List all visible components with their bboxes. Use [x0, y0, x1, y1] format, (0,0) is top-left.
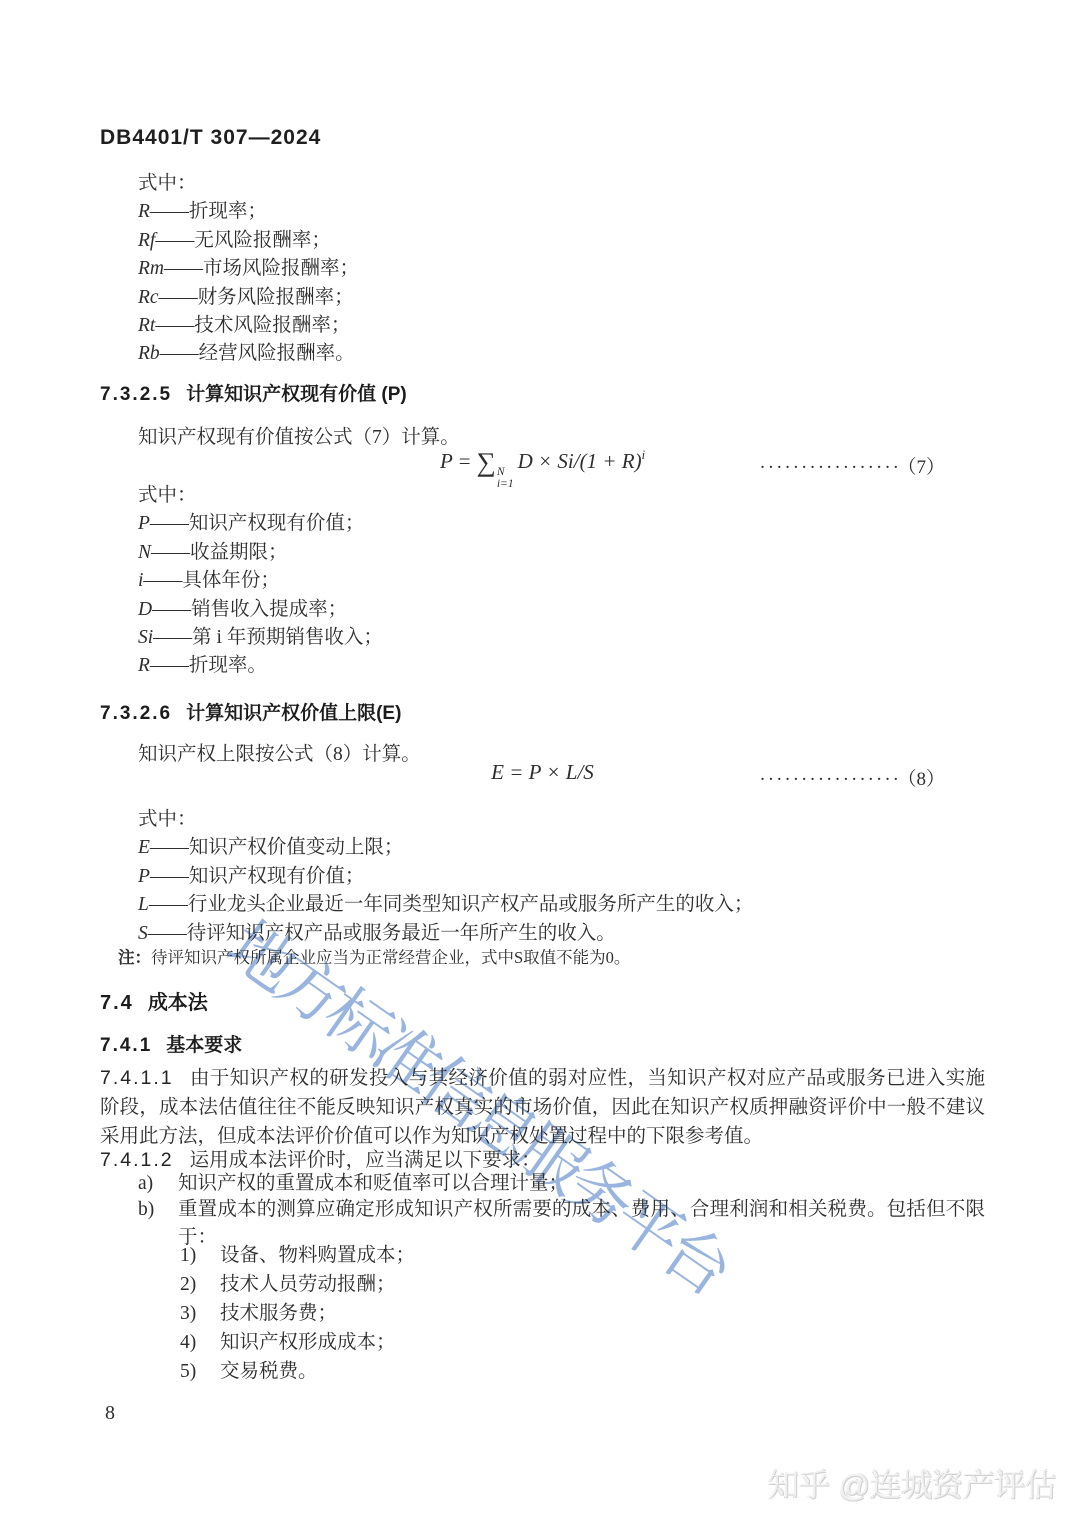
heading-title: 基本要求	[166, 1035, 242, 1056]
formula-8-label: （8）	[907, 769, 945, 790]
definition-row: Rm——市场风险报酬率；	[100, 255, 985, 283]
sublist-item-2: 2) 技术人员劳动报酬；	[180, 1271, 980, 1300]
sublist-item-1: 1) 设备、物料购置成本；	[180, 1242, 980, 1271]
definition-row: Si——第 i 年预期销售收入；	[100, 624, 985, 652]
dotted-leader: ·················	[759, 457, 901, 478]
definition-row: P——知识产权现有价值；	[100, 510, 985, 538]
symbol: N	[138, 542, 151, 563]
symbol: Rf	[138, 230, 155, 251]
list-item-text: 设备、物料购置成本；	[180, 1242, 980, 1271]
symbol: R	[138, 655, 150, 676]
definition-text: ——具体年份；	[143, 570, 280, 591]
heading-title: 计算知识产权现有价值 (P)	[186, 384, 407, 405]
definition-row: Rf——无风险报酬率；	[100, 227, 985, 255]
list-marker: 1)	[180, 1242, 196, 1271]
definition-text: ——折现率。	[150, 655, 267, 676]
heading-title: 计算知识产权价值上限(E)	[186, 703, 401, 724]
symbol: Rt	[138, 315, 155, 336]
defs-lead: 式中：	[100, 170, 985, 198]
note-label: 注：	[118, 949, 151, 967]
note-line: 注：待评知识产权所属企业应当为正常经营企业，式中S取值不能为0。	[100, 944, 1003, 968]
formula-7-label: （7）	[907, 457, 945, 478]
definition-row: i——具体年份；	[100, 567, 985, 595]
definition-text: ——第 i 年预期销售收入；	[153, 627, 383, 648]
definition-list-formula7: 式中： P——知识产权现有价值； N——收益期限； i——具体年份； D——销售…	[100, 482, 985, 681]
definition-row: L——行业龙头企业最近一年同类型知识产权产品或服务所产生的收入；	[100, 891, 985, 919]
definition-text: ——行业龙头企业最近一年同类型知识产权产品或服务所产生的收入；	[149, 894, 754, 915]
formula-7-leader: ·················（7）	[759, 452, 945, 479]
definition-text: ——市场风险报酬率；	[164, 258, 359, 279]
list-item-a: a) 知识产权的重置成本和贬值率可以合理计量；	[138, 1170, 985, 1198]
list-item-text: 技术服务费；	[180, 1300, 980, 1329]
standard-number: DB4401/T 307—2024	[100, 126, 985, 150]
heading-7-3-2-5: 7.3.2.5计算知识产权现有价值 (P)	[100, 379, 985, 406]
definition-row: E——知识产权价值变动上限；	[100, 834, 985, 862]
symbol: S	[138, 923, 148, 944]
sublist-item-3: 3) 技术服务费；	[180, 1300, 980, 1329]
definition-row: Rb——经营风险报酬率。	[100, 340, 985, 368]
heading-title: 成本法	[148, 992, 208, 1014]
formula-8: E = P × L/S	[491, 760, 594, 785]
paragraph-7-4-1-1: 7.4.1.1由于知识产权的研发投入与其经济价值的弱对应性，当知识产权对应产品或…	[100, 1064, 985, 1151]
limit-top: N	[497, 466, 505, 478]
symbol: Rm	[138, 258, 164, 279]
equals-sign: =	[459, 449, 471, 473]
symbol: L	[138, 894, 149, 915]
document-page: 地方标准信息服务平台 DB4401/T 307—2024 式中： R——折现率；…	[0, 0, 1080, 1527]
heading-7-3-2-6: 7.3.2.6计算知识产权价值上限(E)	[100, 698, 985, 725]
heading-number: 7.3.2.6	[100, 703, 172, 724]
clause-text: 由于知识产权的研发投入与其经济价值的弱对应性，当知识产权对应产品或服务已进入实施…	[100, 1068, 985, 1147]
definition-text: ——技术风险报酬率；	[155, 315, 350, 336]
definition-row: Rt——技术风险报酬率；	[100, 312, 985, 340]
definition-row: D——销售收入提成率；	[100, 596, 985, 624]
symbol: Si	[138, 627, 153, 648]
heading-7-4: 7.4成本法	[100, 986, 985, 1015]
dotted-leader: ·················	[759, 769, 901, 790]
definition-text: ——知识产权现有价值；	[150, 513, 365, 534]
symbol: P	[138, 866, 150, 887]
formula-8-expression: E = P × L/S	[491, 760, 594, 784]
definition-row: N——收益期限；	[100, 539, 985, 567]
page-content: DB4401/T 307—2024 式中： R——折现率； Rf——无风险报酬率…	[100, 0, 985, 1527]
definition-text: ——折现率；	[150, 201, 267, 222]
definition-row: R——折现率；	[100, 198, 985, 226]
definition-row: Rc——财务风险报酬率；	[100, 284, 985, 312]
sublist-item-4: 4) 知识产权形成成本；	[180, 1329, 980, 1358]
definition-text: ——无风险报酬率；	[155, 230, 331, 251]
definition-text: ——财务风险报酬率；	[159, 287, 354, 308]
formula-7-lhs: P	[440, 449, 453, 473]
page-number: 8	[105, 1402, 990, 1425]
definition-text: ——销售收入提成率；	[152, 599, 347, 620]
list-item-text: 知识产权形成成本；	[180, 1329, 980, 1358]
list-marker: 3)	[180, 1300, 196, 1329]
formula-8-row: E = P × L/S ·················（8）	[100, 760, 985, 794]
formula-7-exponent: i	[642, 448, 645, 462]
heading-number: 7.4.1	[100, 1035, 152, 1056]
definition-text: ——知识产权价值变动上限；	[150, 837, 404, 858]
summation-icon: ∑	[477, 447, 496, 477]
note-text: 待评知识产权所属企业应当为正常经营企业，式中S取值不能为0。	[151, 948, 630, 967]
symbol: E	[138, 837, 150, 858]
symbol: Rb	[138, 343, 160, 364]
definition-row: P——知识产权现有价值；	[100, 863, 985, 891]
list-item-text: 交易税费。	[180, 1358, 980, 1387]
list-marker: b)	[138, 1196, 154, 1224]
heading-7-4-1: 7.4.1基本要求	[100, 1030, 985, 1057]
definition-list-discount-rates: 式中： R——折现率； Rf——无风险报酬率； Rm——市场风险报酬率； Rc—…	[100, 170, 985, 369]
defs-lead: 式中：	[100, 806, 985, 834]
clause-text: 运用成本法评价时，应当满足以下要求：	[190, 1150, 541, 1171]
list-marker: 4)	[180, 1329, 196, 1358]
list-marker: a)	[138, 1170, 153, 1198]
heading-number: 7.4	[100, 992, 134, 1014]
definition-text: ——经营风险报酬率。	[160, 343, 355, 364]
list-item-text: 知识产权的重置成本和贬值率可以合理计量；	[138, 1170, 985, 1198]
sublist-item-5: 5) 交易税费。	[180, 1358, 980, 1387]
definition-row: R——折现率。	[100, 652, 985, 680]
definition-list-formula8: 式中： E——知识产权价值变动上限； P——知识产权现有价值； L——行业龙头企…	[100, 806, 985, 948]
credit-watermark: 知乎 @连城资产评估	[768, 1460, 1056, 1505]
clause-number: 7.4.1.2	[100, 1149, 174, 1171]
formula-7-row: P=∑Ni=1D × Si/(1 + R)i ·················…	[100, 448, 985, 482]
symbol: R	[138, 201, 150, 222]
list-item-text: 技术人员劳动报酬；	[180, 1271, 980, 1300]
list-marker: 5)	[180, 1358, 196, 1387]
definition-text: ——知识产权现有价值；	[150, 866, 365, 887]
symbol: P	[138, 513, 150, 534]
symbol: Rc	[138, 287, 159, 308]
definition-text: ——收益期限；	[151, 542, 288, 563]
formula-7-expression: D × Si/(1 + R)	[518, 449, 642, 473]
list-marker: 2)	[180, 1271, 196, 1300]
heading-number: 7.3.2.5	[100, 384, 172, 405]
clause-number: 7.4.1.1	[100, 1067, 174, 1089]
formula-8-leader: ·················（8）	[759, 764, 945, 791]
definition-text: ——待评知识产权产品或服务最近一年所产生的收入。	[148, 923, 616, 944]
defs-lead: 式中：	[100, 482, 985, 510]
symbol: D	[138, 599, 152, 620]
